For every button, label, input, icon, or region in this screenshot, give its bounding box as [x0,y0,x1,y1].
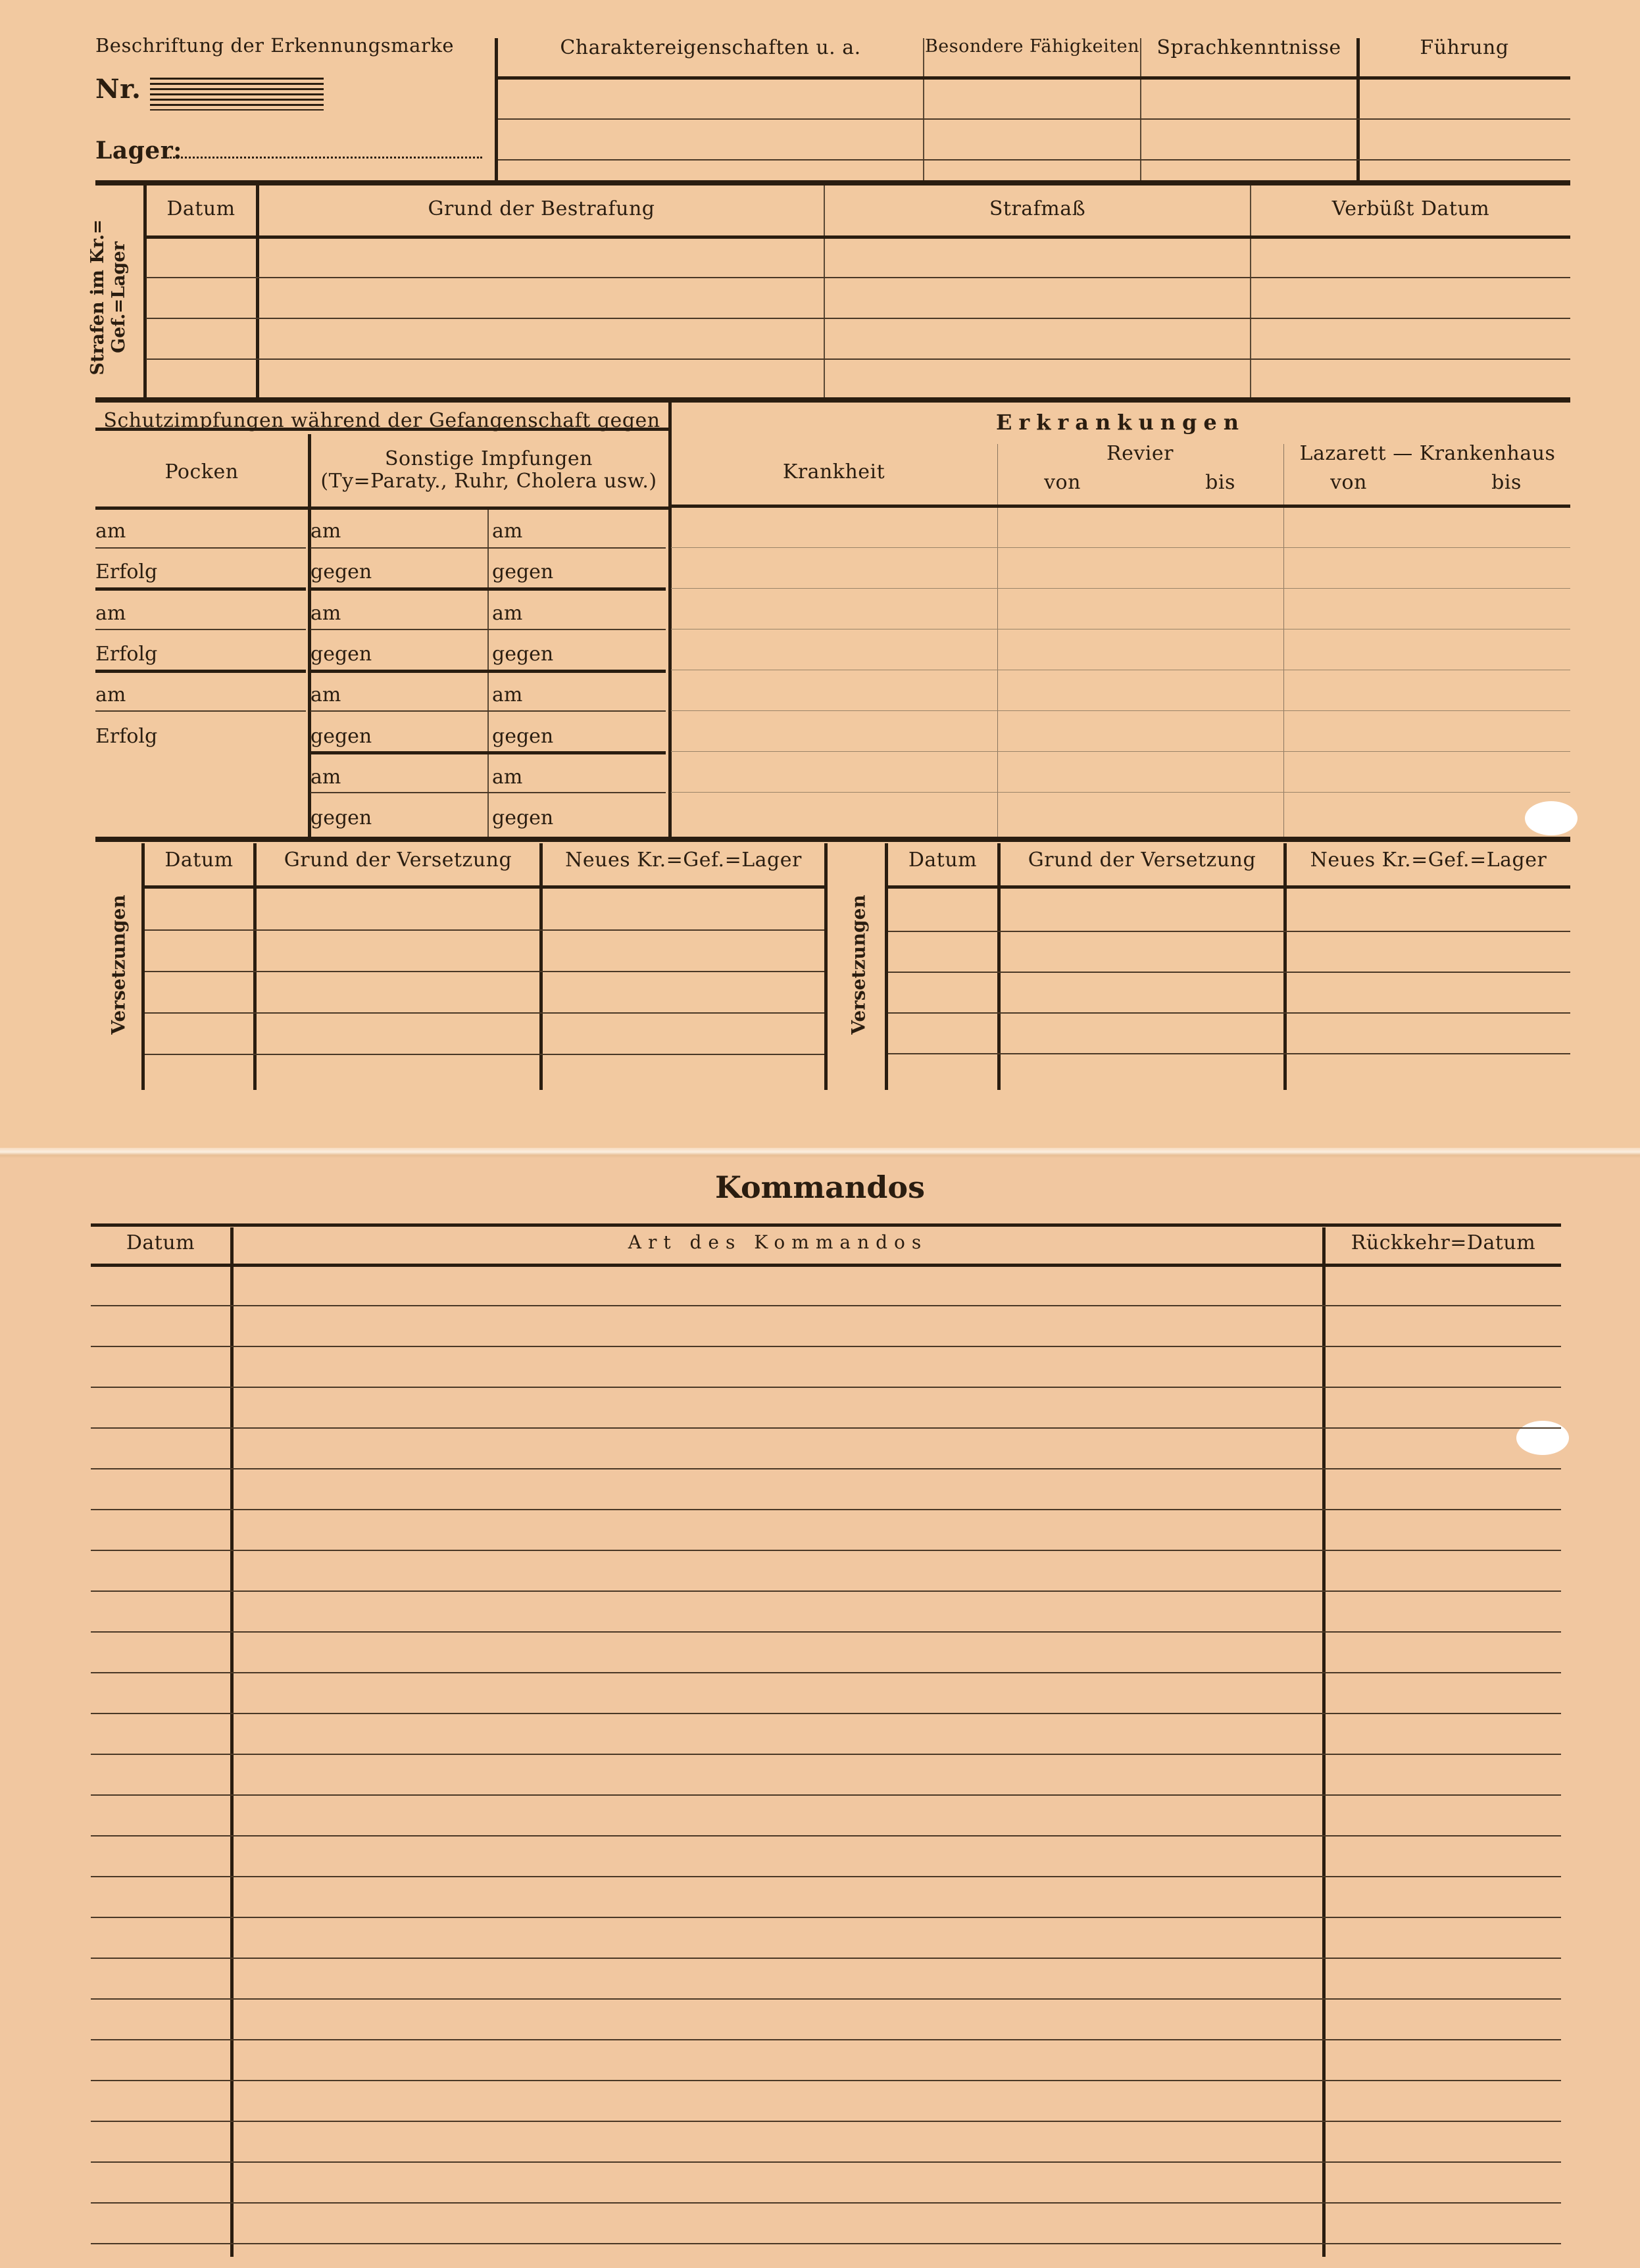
row-rule [145,929,824,931]
other-am: am [492,602,522,625]
other-am: am [492,520,522,543]
col-krankheit: Krankheit [671,460,997,483]
section-rule [95,397,1570,403]
divider [487,510,489,837]
other-vaccinations-subheader: (Ty=Paraty., Ruhr, Cholera usw.) [309,470,668,493]
header-rule [671,505,1570,508]
other-am: am [311,683,341,706]
form-upper-sheet [0,0,1640,1154]
row-rule [95,710,306,712]
col-sprachkenntnisse: Sprachkenntnisse [1141,36,1356,59]
pocken-header: Pocken [95,460,308,483]
kommandos-ruled-rows [91,1266,1561,2252]
col-neues-lager: Neues Kr.=Gef.=Lager [543,849,824,872]
row-rule [671,670,1570,670]
lager-label: Lager: [95,137,182,164]
lazarett-von: von [1312,471,1385,494]
other-gegen: gegen [311,643,372,666]
row-rule [888,1012,1570,1014]
row-rule [888,972,1570,973]
col-besondere-faehigkeiten: Besondere Fähigkeiten [924,36,1140,57]
lazarett-bis: bis [1470,471,1543,494]
divider [539,843,543,1090]
revier-bis: bis [1184,471,1256,494]
row-rule [311,670,666,673]
pocken-erfolg: Erfolg [95,725,157,748]
divider [1283,444,1284,837]
pocken-erfolg: Erfolg [95,560,157,583]
header-rule [146,235,1570,239]
row-rule [888,1053,1570,1054]
fold-crease [0,1148,1640,1158]
row-rule [498,159,1570,160]
other-am: am [492,766,522,789]
kommandos-title: Kommandos [0,1170,1640,1205]
other-gegen: gegen [492,725,553,748]
pocken-am: am [95,602,126,625]
row-rule [95,587,306,591]
col-grund-der-bestrafung: Grund der Bestrafung [259,197,824,220]
header-rule [95,428,668,431]
header-rule [888,885,1570,889]
col-datum: Datum [145,849,253,872]
row-rule [888,931,1570,932]
other-vaccinations-header: Sonstige Impfungen [309,447,668,470]
row-rule [146,358,1570,360]
col-datum: Datum [888,849,997,872]
id-tag-label: Beschriftung der Erkennungsmarke [95,34,454,57]
punishments-side-label: Strafen im Kr.= Gef.=Lager [87,218,130,376]
col-strafmass: Strafmaß [825,197,1250,220]
row-rule [95,629,306,630]
pocken-am: am [95,520,126,543]
divider [253,843,257,1090]
other-am: am [311,766,341,789]
row-rule [311,710,666,712]
other-am: am [311,520,341,543]
other-gegen: gegen [311,560,372,583]
col-grund-der-versetzung: Grund der Versetzung [257,849,539,872]
divider [824,843,828,1090]
lager-field[interactable] [170,157,482,159]
row-rule [311,547,666,549]
row-rule [95,670,306,673]
row-rule [671,588,1570,589]
pocken-am: am [95,683,126,706]
col-revier: Revier [998,442,1282,465]
transfers-side-label-right: Versetzungen [848,886,870,1044]
nr-field[interactable] [150,78,324,111]
section-rule [95,180,1570,185]
col-verbuesst-datum: Verbüßt Datum [1251,197,1570,220]
col-charaktereigenschaften: Charaktereigenschaften u. a. [498,36,923,59]
other-gegen: gegen [311,725,372,748]
row-rule [671,792,1570,793]
nr-label: Nr. [95,74,141,105]
row-rule [146,277,1570,278]
header-rule [95,506,668,510]
col-fuehrung: Führung [1360,36,1569,59]
other-gegen: gegen [492,806,553,829]
row-rule [311,751,666,754]
header-rule [91,1223,1561,1227]
punch-hole [1525,801,1578,835]
transfers-side-label-left: Versetzungen [108,886,130,1044]
col-neues-lager: Neues Kr.=Gef.=Lager [1287,849,1570,872]
row-rule [671,547,1570,548]
header-rule [145,885,824,889]
col-datum: Datum [146,197,256,220]
side-label-line: Gef.=Lager [109,218,130,376]
divider [141,843,145,1090]
other-gegen: gegen [492,560,553,583]
row-rule [671,629,1570,629]
row-rule [145,1054,824,1055]
pocken-erfolg: Erfolg [95,643,157,666]
other-gegen: gegen [311,806,372,829]
col-grund-der-versetzung: Grund der Versetzung [1001,849,1283,872]
other-gegen: gegen [492,643,553,666]
revier-von: von [1026,471,1099,494]
row-rule [311,587,666,591]
row-rule [146,318,1570,319]
row-rule [671,710,1570,711]
row-rule [311,629,666,630]
col-datum: Datum [91,1231,230,1254]
other-am: am [492,683,522,706]
illnesses-title: Erkrankungen [671,410,1570,435]
col-lazarett-krankenhaus: Lazarett — Krankenhaus [1285,442,1570,465]
col-rueckkehr-datum: Rückkehr=Datum [1326,1231,1561,1254]
row-rule [498,118,1570,120]
col-art-des-kommandos: Art des Kommandos [234,1231,1322,1253]
row-rule [145,971,824,972]
divider [997,444,998,837]
row-rule [145,1012,824,1014]
header-rule [498,76,1570,80]
other-am: am [311,602,341,625]
row-rule [95,547,306,549]
section-rule [95,837,1570,842]
row-rule [311,792,666,793]
side-label-line: Strafen im Kr.= [87,218,109,376]
row-rule [671,751,1570,752]
